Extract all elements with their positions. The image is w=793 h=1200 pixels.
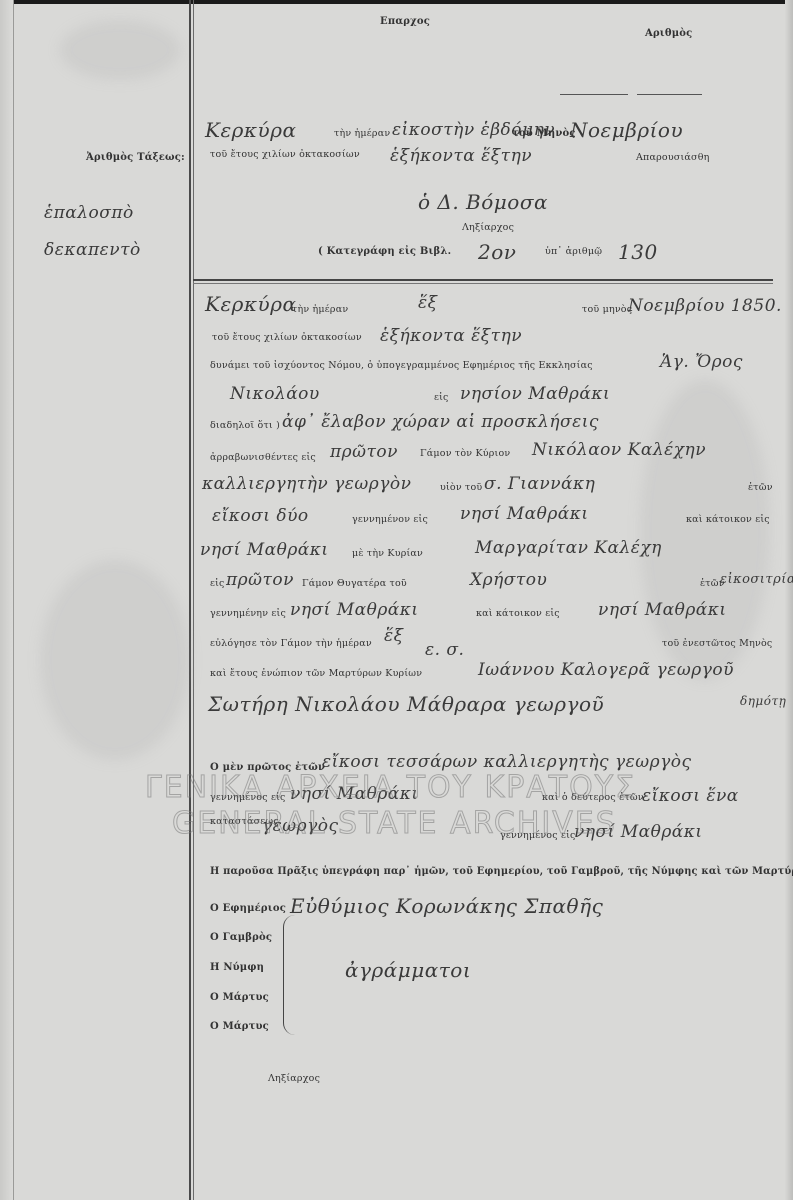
rec-born-label-2: γεννημένην εἰς [210, 608, 286, 619]
taxis-label: Ἀριθμὸς Τάξεως: [86, 152, 185, 163]
arithmos-underline-2 [637, 94, 702, 95]
rec-daughter-label: Γάμον Θυγατέρα τοῦ [302, 578, 407, 589]
rec-signed-text: Η παροῦσα Πρᾶξις ὑπεγράφη παρ᾽ ἡμῶν, τοῦ… [210, 866, 793, 877]
rec-day-label: τὴν ἡμέραν [292, 304, 348, 315]
rec-bride-father: Χρήστου [470, 570, 547, 590]
column-divider-inner [193, 0, 194, 1200]
page-left-line [13, 0, 14, 1200]
rec-marriage-type-1: πρῶτον [330, 442, 398, 462]
page-left-edge [0, 0, 14, 1200]
stain [40, 560, 190, 760]
reg-number-label: ὑπ᾽ ἀριθμῷ [545, 246, 602, 257]
stain [60, 20, 180, 80]
rec-marriage-type-2: πρῶτον [226, 570, 294, 590]
arithmos-underline-1 [560, 94, 628, 95]
section-divider [193, 279, 773, 281]
sig-label-priest: Ο Εφημέριος [210, 903, 286, 914]
rec-groom-name: Νικόλαον Καλέχην [532, 440, 706, 460]
rec-first-details: εἴκοσι τεσσάρων καλλιεργητὴς γεωργὸς [322, 752, 692, 772]
rec-groom-birthplace: νησί Μαθράκι [460, 504, 589, 524]
stain [640, 380, 770, 680]
reg-catalog-label: ( Κατεγράφη εἰς Βιβλ. [318, 246, 451, 257]
margin-handwritten-2: δεκαπεντὸ [44, 240, 141, 260]
rec-island-label: εἰς [434, 392, 449, 403]
page-top-edge [0, 0, 793, 4]
rec-declares-value: ἀφ᾽ ἔλαβον χώραν αἱ προσκλήσεις [282, 412, 599, 432]
page-right-edge [785, 0, 793, 1200]
watermark-english: GENERAL STATE ARCHIVES [172, 806, 617, 841]
rec-bride-name: Μαργαρίταν Καλέχη [475, 538, 662, 558]
rec-groom-age: εἴκοσι δύο [212, 506, 309, 526]
rec-witness-1: Ιωάννου Καλογερᾶ γεωργοῦ [478, 660, 734, 680]
rec-month-label: τοῦ μηνὸς [582, 304, 632, 315]
rec-groom-label: Γάμον τὸν Κύριον [420, 448, 510, 459]
reg-number-value: 130 [618, 240, 658, 264]
rec-place-hand: Κερκύρα [205, 292, 296, 316]
rec-month-value: Νοεμβρίου 1850. [628, 296, 782, 316]
illiterate-note: ἀγράμματοι [345, 958, 471, 982]
rec-law-text: δυνάμει τοῦ ἰσχύοντος Νόμου, ὁ ὑπογεγραμ… [210, 360, 593, 371]
rec-groom-occupation: καλλιεργητὴν γεωργὸν [202, 474, 412, 494]
rec-bride-residence: νησί Μαθράκι [598, 600, 727, 620]
rec-witnesses-label: καὶ ἔτους ἐνώπιον τῶν Μαρτύρων Κυρίων [210, 668, 422, 679]
rec-years-label-1: ἐτῶν [748, 482, 773, 493]
sig-label-witness-1: Ο Μάρτυς [210, 992, 269, 1003]
rec-resident-label-1: καὶ κάτοικον εἰς [686, 514, 770, 525]
rec-marriage-type-label: εἰς [210, 578, 225, 589]
reg-year-label: τοῦ ἔτους χιλίων ὀκτακοσίων [210, 149, 360, 160]
reg-month-value: Νοεμβρίου [570, 118, 683, 142]
rec-blessed-day-2: ε. σ. [425, 640, 464, 660]
rec-groom-father: σ. Γιαννάκη [484, 474, 595, 494]
bottom-registrar-label: Ληξίαρχος [268, 1073, 320, 1084]
reg-presented-label: Απαρουσιάσθη [636, 152, 710, 163]
rec-blessed-day: ἕξ [384, 626, 404, 646]
rec-witness-2-tail: δημότῃ [740, 694, 786, 708]
rec-witness-2: Σωτήρη Νικολάου Μάθραρα γεωργοῦ [208, 692, 604, 716]
eparchos-label: Επαρχος [380, 16, 430, 27]
reg-book-value: 2ον [478, 240, 516, 264]
rec-church-value: Ἁγ. Ὄρος [660, 352, 743, 372]
rec-current-month-label: τοῦ ἐνεστῶτος Μηνὸς [662, 638, 772, 649]
margin-handwritten-1: ἑπαλοσπὸ [44, 203, 134, 223]
rec-bride-label: μὲ τὴν Κυρίαν [352, 548, 423, 559]
rec-blessed-label: εὐλόγησε τὸν Γάμον τὴν ἡμέραν [210, 638, 372, 649]
signature-brace [283, 915, 298, 1035]
reg-registrar-label: Ληξίαρχος [462, 222, 514, 233]
rec-declares-label: διαδηλοῖ ὅτι ) [210, 420, 280, 431]
rec-bride-birthplace: νησί Μαθράκι [290, 600, 419, 620]
rec-second-age: εἴκοσι ἕνα [642, 786, 739, 806]
reg-day-label: τὴν ἡμέραν [334, 128, 390, 139]
rec-bride-age: εἰκοσιτρία [720, 572, 793, 587]
sig-label-witness-2: Ο Μάρτυς [210, 1021, 269, 1032]
rec-island-value: νησίον Μαθράκι [460, 384, 610, 404]
column-divider [189, 0, 191, 1200]
reg-place-hand: Κερκύρα [205, 118, 296, 142]
rec-church-value-2: Νικολάου [230, 384, 320, 404]
rec-son-of-label: υἱὸν τοῦ [440, 482, 482, 493]
rec-year-value: ἑξήκοντα ἕξτην [380, 326, 522, 346]
rec-betrothed-label: ἀρραβωνισθέντες εἰς [210, 452, 316, 463]
arithmos-label: Αριθμὸς [645, 28, 692, 39]
priest-signature: Εὐθύμιος Κορωνάκης Σπαθῆς [290, 894, 603, 918]
sig-label-groom: Ο Γαμβρὸς [210, 932, 272, 943]
sig-label-bride: Η Νύμφη [210, 962, 264, 973]
reg-month-label: τοῦ Μηνὸς [512, 128, 576, 139]
rec-year-label: τοῦ ἔτους χιλίων ὀκτακοσίων [212, 332, 362, 343]
reg-registrar-signature: ὁ Δ. Βόμοσα [418, 190, 548, 214]
rec-born-label-1: γεννημένον εἰς [352, 514, 428, 525]
reg-year-value: ἑξήκοντα ἕξτην [390, 146, 532, 166]
section-divider-inner [193, 283, 773, 284]
rec-day-value: ἕξ [418, 293, 438, 313]
rec-resident-label-2: καὶ κάτοικον εἰς [476, 608, 560, 619]
rec-groom-residence: νησί Μαθράκι [200, 540, 329, 560]
watermark-greek: ΓΕΝΙΚΑ ΑΡΧΕΙΑ ΤΟΥ ΚΡΑΤΟΥΣ [145, 770, 636, 805]
